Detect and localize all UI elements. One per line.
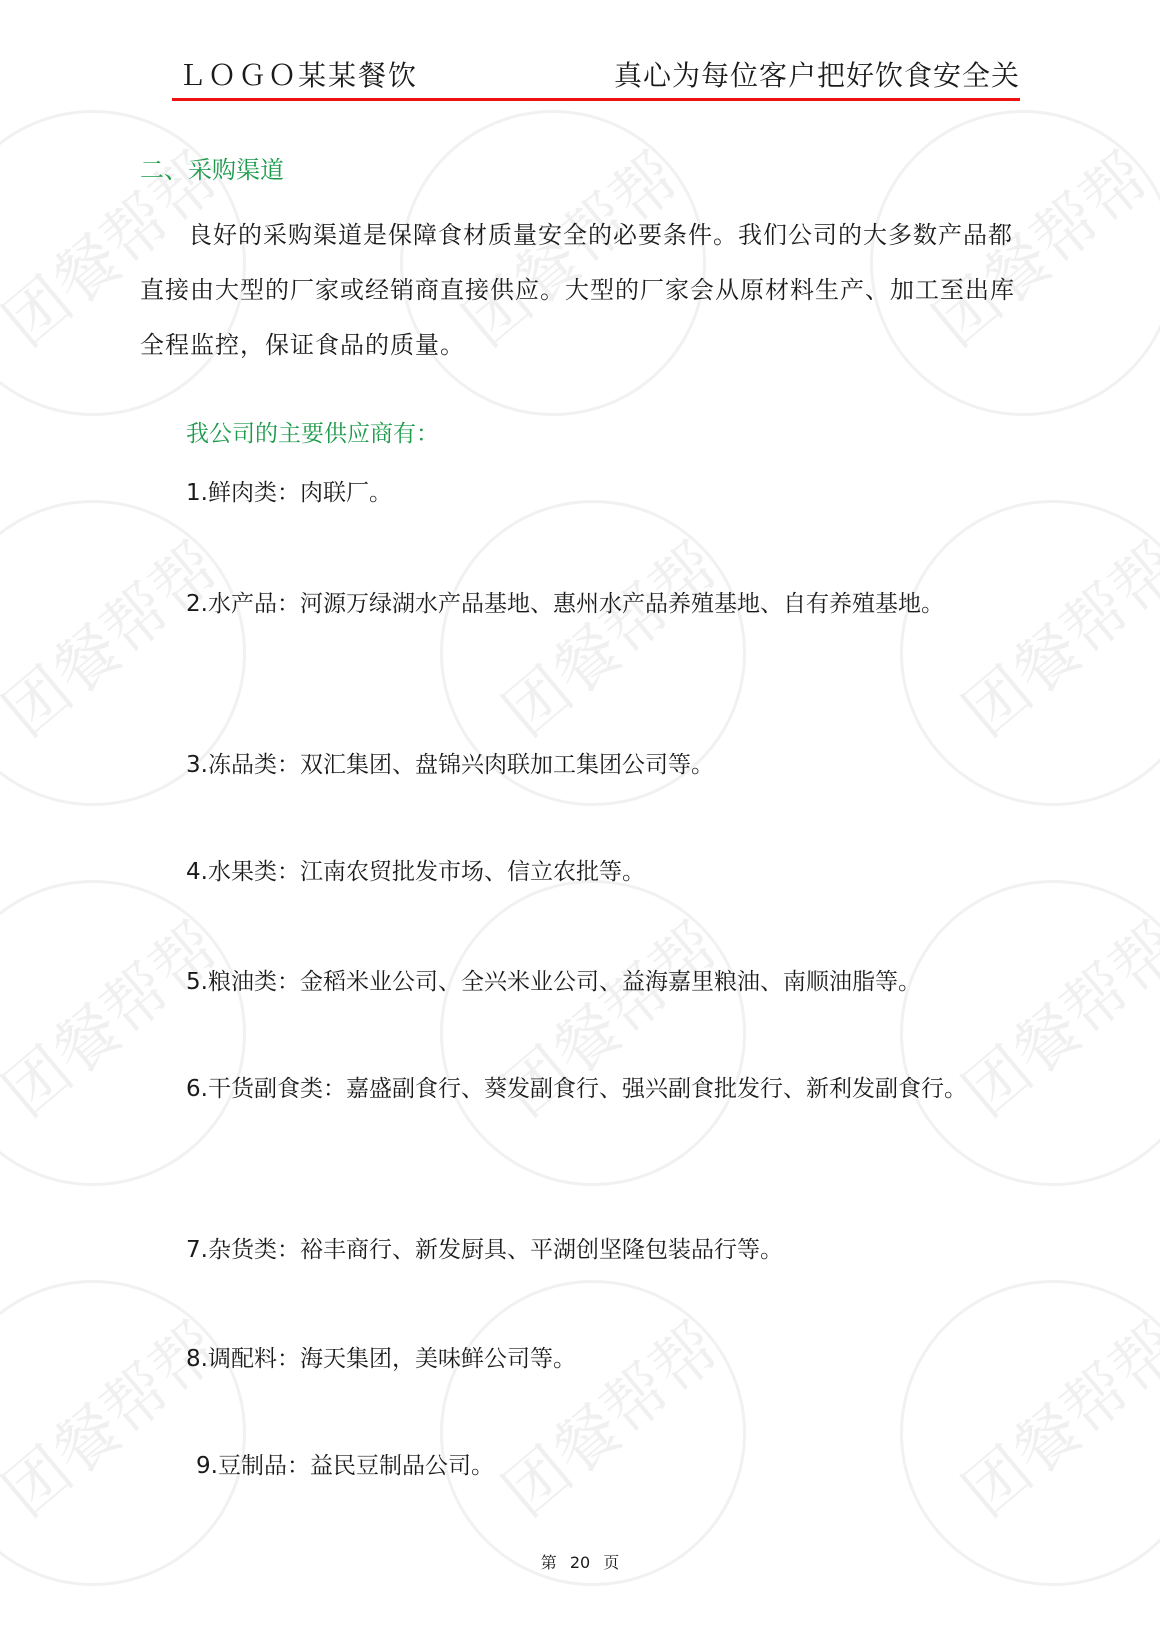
supplier-item: 5.粮油类：金稻米业公司、全兴米业公司、益海嘉里粮油、南顺油脂等。 [186, 955, 1020, 1010]
header-slogan: 真心为每位客户把好饮食安全关 [614, 54, 1020, 94]
section-title: 二、采购渠道 [140, 150, 284, 185]
watermark-circle [900, 880, 1160, 1186]
watermark-circle [440, 1280, 746, 1586]
supplier-item: 6.干货副食类：嘉盛副食行、葵发副食行、强兴副食批发行、新利发副食行。 [186, 1062, 1020, 1117]
page-header: ＬＯＧＯ某某餐饮 真心为每位客户把好饮食安全关 [172, 48, 1020, 100]
header-logo-text: ＬＯＧＯ某某餐饮 [178, 54, 418, 94]
watermark-text: 团餐帮帮 [940, 518, 1160, 753]
page-number: 20 [570, 1553, 590, 1572]
page-footer: 第 20 页 [0, 1550, 1160, 1573]
watermark-text: 团餐帮帮 [480, 518, 735, 753]
watermark-text: 团餐帮帮 [0, 518, 236, 753]
header-divider [172, 98, 1020, 101]
watermark-circle [900, 1280, 1160, 1586]
suppliers-subheading: 我公司的主要供应商有： [186, 415, 439, 448]
page-number-prefix: 第 [541, 1553, 557, 1572]
watermark-circle [0, 880, 246, 1186]
watermark-circle [440, 880, 746, 1186]
intro-paragraph: 良好的采购渠道是保障食材质量安全的必要条件。我们公司的大多数产品都直接由大型的厂… [140, 208, 1020, 373]
supplier-item: 1.鲜肉类：肉联厂。 [186, 466, 1020, 521]
supplier-item: 4.水果类：江南农贸批发市场、信立农批等。 [186, 845, 1020, 900]
supplier-item: 2.水产品：河源万绿湖水产品基地、惠州水产品养殖基地、自有养殖基地。 [186, 577, 1020, 632]
supplier-item: 3.冻品类：双汇集团、盘锦兴肉联加工集团公司等。 [186, 738, 1020, 793]
supplier-item: 7.杂货类：裕丰商行、新发厨具、平湖创坚隆包装品行等。 [186, 1223, 1020, 1278]
supplier-item: 9.豆制品：益民豆制品公司。 [196, 1439, 1030, 1494]
watermark-circle [0, 1280, 246, 1586]
supplier-item: 8.调配料：海天集团，美味鲜公司等。 [186, 1332, 1020, 1387]
page-number-suffix: 页 [603, 1553, 619, 1572]
